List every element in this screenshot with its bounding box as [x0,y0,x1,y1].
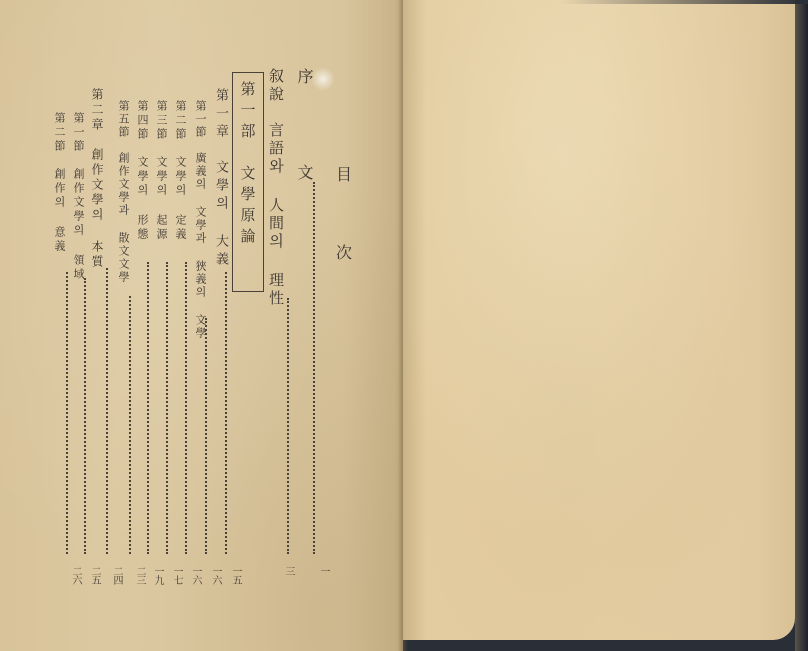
page-number: 二四 [111,566,121,584]
dotted-leader [166,262,168,554]
dotted-leader [287,298,289,554]
toc-title-char-1: 目 [336,162,352,185]
dotted-leader [313,182,315,554]
toc-entry-ch2-sec2[interactable]: 第二節 創作의 意義 [51,112,67,254]
toc-entry-introduction[interactable]: 叙說 言語와 人間의 理性 [266,68,287,308]
dotted-leader [147,262,149,554]
part-heading-box[interactable]: 第一部 文學原論 [232,72,264,292]
page-edge-shadow [795,0,808,651]
toc-entry-ch1-sec3[interactable]: 第三節 文學의 起源 [153,100,169,242]
entry-label: 第一節 創作文學의 領域 [70,112,86,282]
toc-entry-ch1-sec5[interactable]: 第五節 創作文學과 散文文學 [115,100,131,284]
page-number: 二三 [134,566,144,584]
top-edge-shadow [560,0,808,4]
page-number: 一九 [152,566,162,584]
entry-label: 第二章 創作文學의 本質 [89,88,106,270]
toc-entry-ch1-sec1[interactable]: 第一節 廣義의 文學과 狹義의 文學 [192,100,208,340]
dotted-leader [185,262,187,554]
toc-entry-chapter-1[interactable]: 第一章 文學의 大義 [211,88,230,270]
page-number: 二六 [70,566,80,584]
right-page-blank [403,0,795,640]
dotted-leader [205,318,207,554]
page-number: 一六 [210,566,220,584]
toc-entry-ch1-sec4[interactable]: 第四節 文學의 形態 [134,100,150,242]
entry-label: 第四節 文學의 形態 [134,100,150,242]
entry-label: 第五節 創作文學과 散文文學 [115,100,131,284]
toc-title-char-2: 次 [336,240,352,263]
toc-entry-ch2-sec1[interactable]: 第一節 創作文學의 領域 [70,112,86,282]
page-number: 一 [318,566,328,575]
dotted-leader [66,272,68,554]
page-number: 三 [283,566,293,575]
dotted-leader [84,278,86,554]
dotted-leader [225,272,227,554]
entry-label: 叙說 言語와 人間의 理性 [266,68,287,308]
entry-label: 第二節 創作의 意義 [51,112,67,254]
dotted-leader [106,268,108,554]
part-heading: 第一部 文學原論 [238,73,259,291]
dotted-leader [129,296,131,554]
page-number: 一五 [230,566,240,584]
book-spread: 目 次 序 文 一 叙說 言語와 人間의 理性 三 第一部 文學原論 第一章 文… [0,0,808,651]
toc-entry-chapter-2[interactable]: 第二章 創作文學의 本質 [89,88,106,270]
entry-label: 第三節 文學의 起源 [153,100,169,242]
page-number: 一七 [171,566,181,584]
entry-label: 第一節 廣義의 文學과 狹義의 文學 [192,100,208,340]
entry-label: 第二節 文學의 定義 [172,100,188,242]
entry-label: 第一章 文學의 大義 [211,88,230,270]
page-number: 一六 [190,566,200,584]
page-number: 二五 [89,566,99,584]
toc-entry-ch1-sec2[interactable]: 第二節 文學의 定義 [172,100,188,242]
left-page: 目 次 序 文 一 叙說 言語와 人間의 理性 三 第一部 文學原論 第一章 文… [0,0,403,651]
